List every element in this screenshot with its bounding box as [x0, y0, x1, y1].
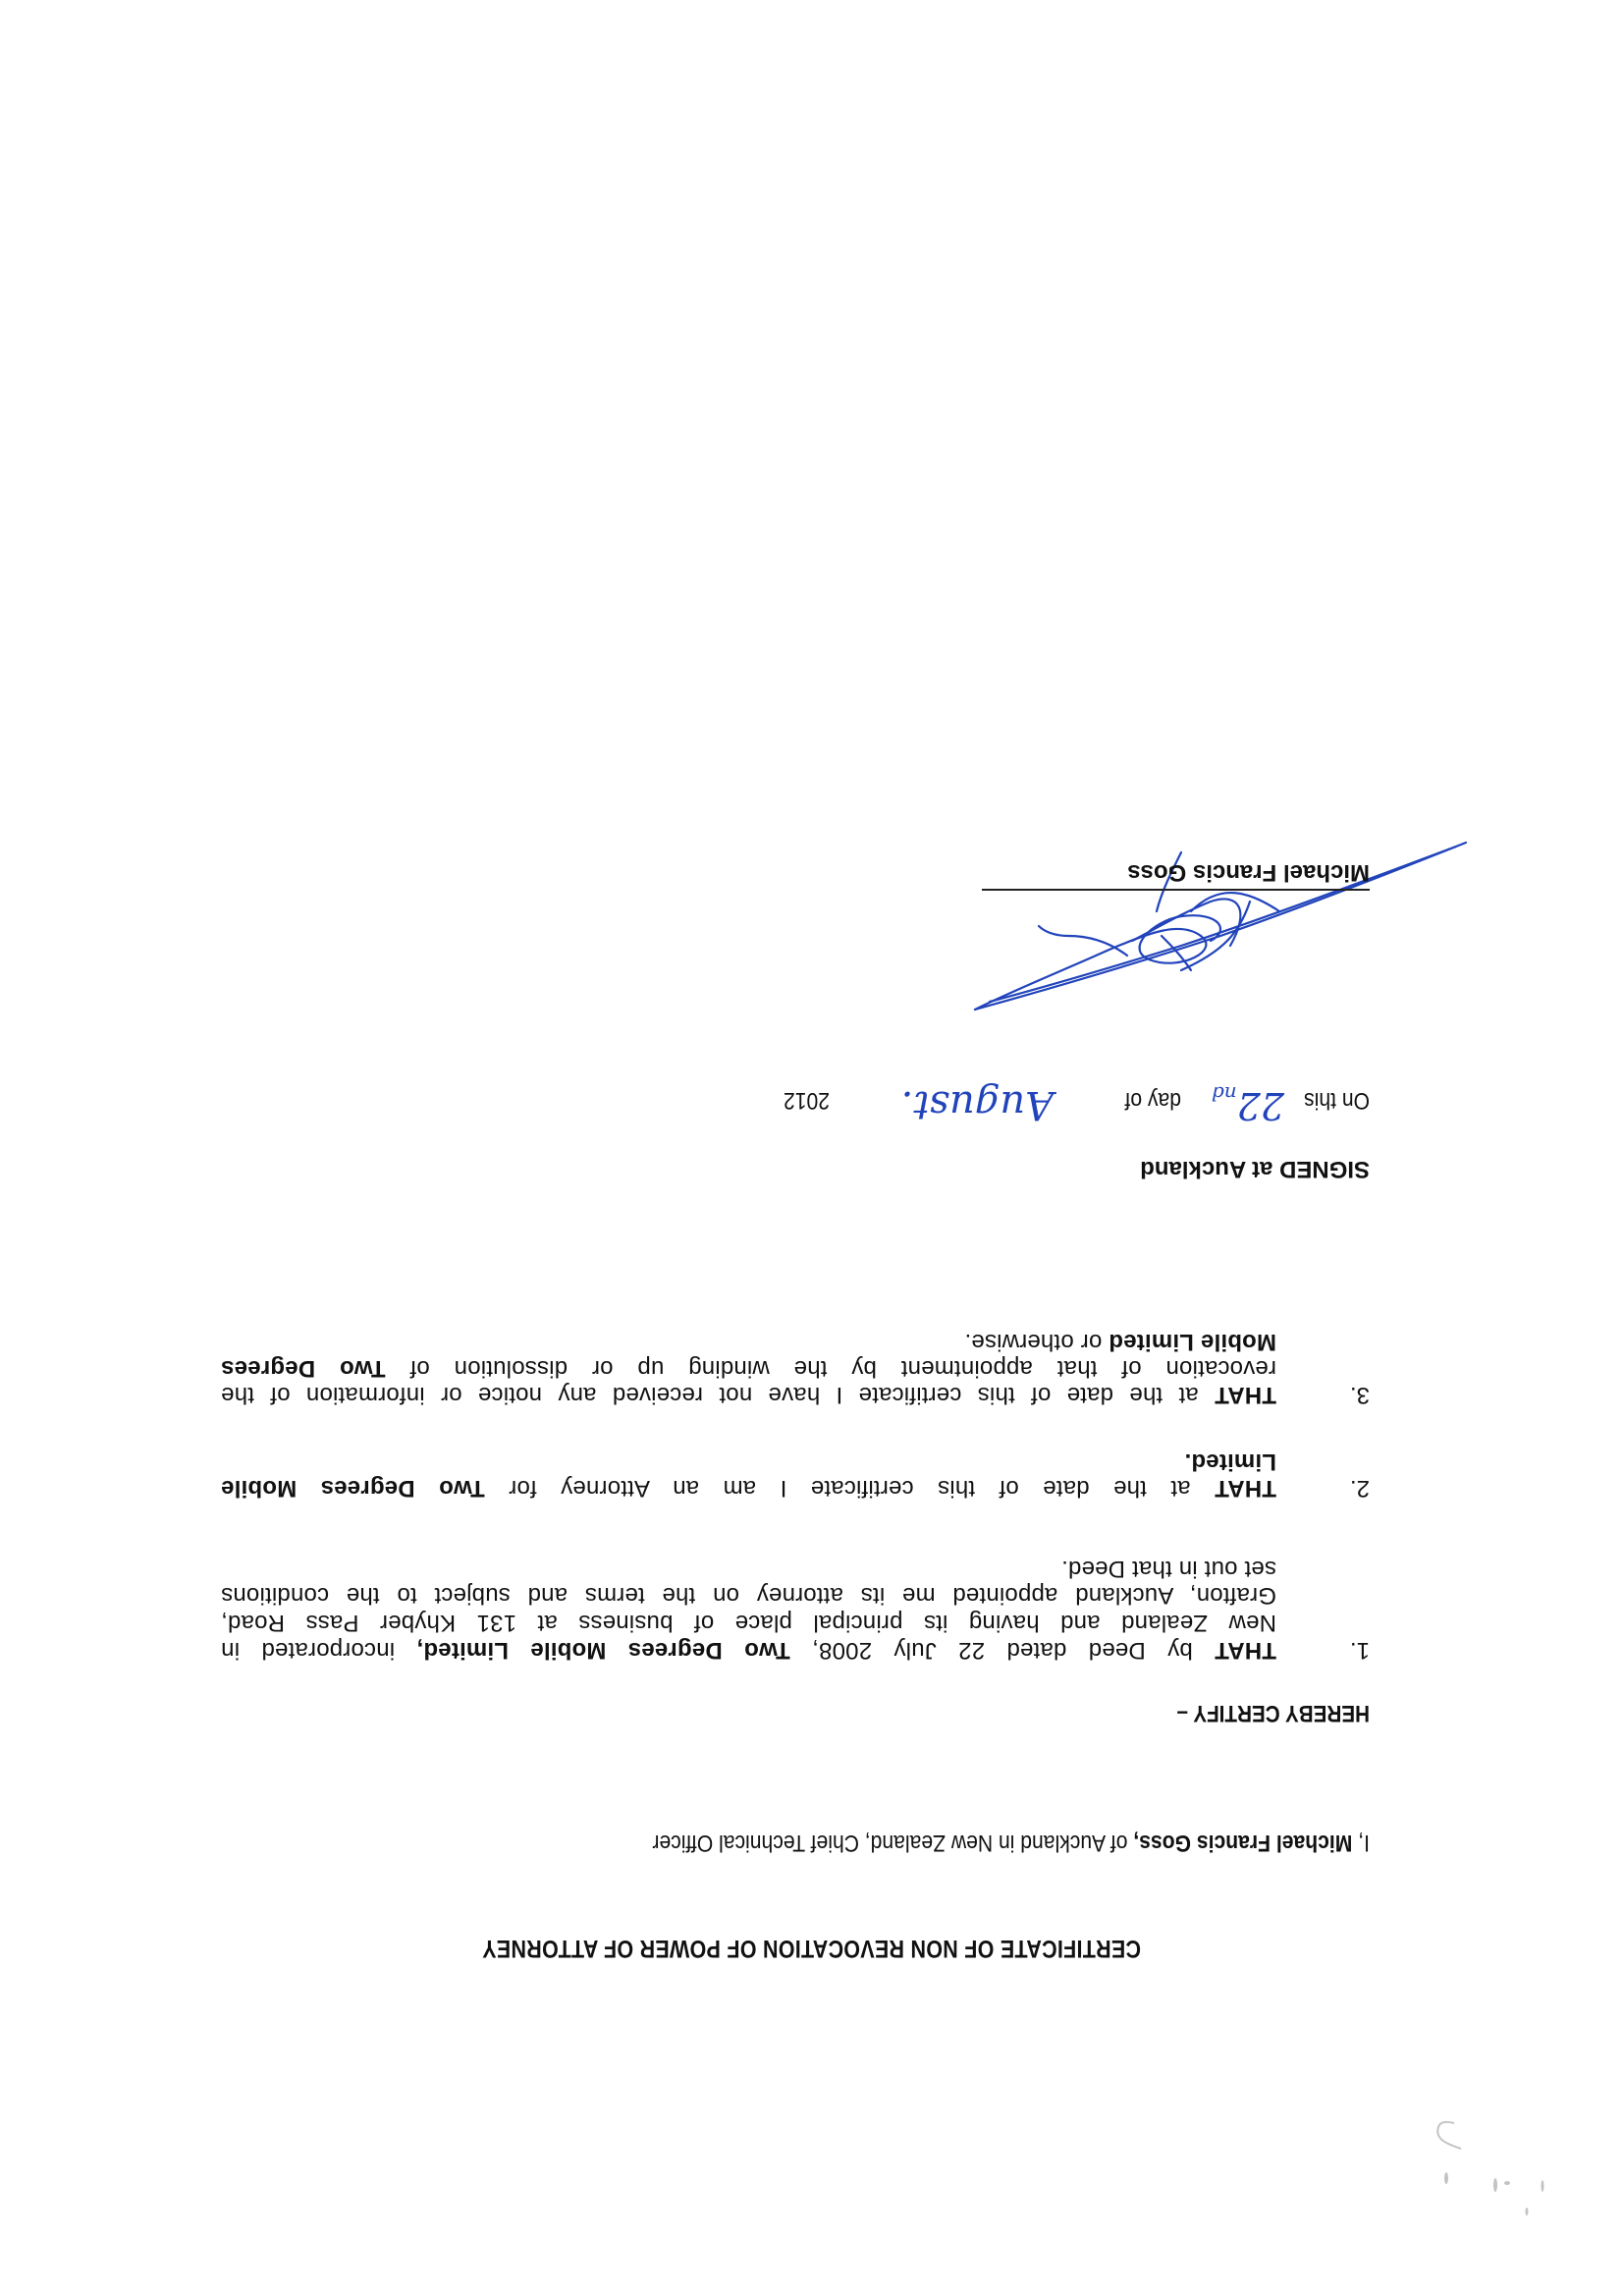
intro-rest: of Auckland in New Zealand, Chief Techni…	[652, 1830, 1133, 1856]
paragraph-line: Mobile Limited or otherwise.	[221, 1328, 1276, 1355]
scan-artifact-icon	[1397, 2100, 1594, 2237]
text: or otherwise.	[964, 1329, 1109, 1355]
bold-text: Two Degrees Mobile Limited,	[416, 1637, 789, 1664]
intro-statement: I, Michael Francis Goss, of Auckland in …	[652, 1829, 1370, 1856]
text: revocation of that appointment by the wi…	[386, 1355, 1276, 1382]
text: at the date of this certificate I am an …	[485, 1475, 1215, 1502]
text: at the date of this certificate I have n…	[221, 1382, 1215, 1408]
bold-text: THAT	[1215, 1637, 1276, 1664]
text: incorporated in	[221, 1637, 416, 1664]
bold-text: THAT	[1215, 1475, 1276, 1502]
handwritten-month: August.	[901, 1082, 1054, 1127]
paragraph-line: revocation of that appointment by the wi…	[221, 1354, 1276, 1382]
handwritten-day-number: 22	[1237, 1084, 1284, 1127]
paragraph-line: set out in that Deed.	[221, 1555, 1276, 1582]
document-title: CERTIFICATE OF NON REVOCATION OF POWER O…	[114, 1934, 1510, 1962]
paragraph-number: 3.	[1350, 1381, 1370, 1408]
signatory-name: Michael Francis Goss	[1127, 858, 1370, 886]
on-this-label: On this	[1304, 1086, 1370, 1114]
paragraph-line: THAT by Deed dated 22 July 2008, Two Deg…	[221, 1636, 1276, 1664]
bold-text: THAT	[1215, 1382, 1276, 1408]
document-page: CERTIFICATE OF NON REVOCATION OF POWER O…	[0, 0, 1623, 2296]
bold-text: Mobile Limited	[1109, 1329, 1276, 1355]
bold-text: Limited.	[1184, 1449, 1276, 1475]
signing-year: 2012	[784, 1086, 830, 1114]
signature-line	[982, 889, 1370, 891]
handwritten-day: 22nd	[1212, 1082, 1284, 1127]
certify-heading: HEREBY CERTIFY –	[1176, 1699, 1370, 1726]
day-of-label: day of	[1124, 1086, 1181, 1114]
paragraph-line: THAT at the date of this certificate I a…	[221, 1474, 1276, 1502]
intro-comma: ,	[1133, 1830, 1139, 1856]
paragraph-line: Grafton, Auckland appointed me its attor…	[221, 1581, 1276, 1609]
paragraph-line: New Zealand and having its principal pla…	[221, 1609, 1276, 1636]
bold-text: Two Degrees Mobile	[221, 1475, 485, 1502]
paragraph-line: THAT at the date of this certificate I h…	[221, 1381, 1276, 1408]
text: Grafton, Auckland appointed me its attor…	[221, 1582, 1276, 1609]
paragraph-line: Limited.	[221, 1448, 1276, 1475]
text: set out in that Deed.	[1061, 1556, 1276, 1582]
handwritten-day-suffix: nd	[1212, 1082, 1237, 1106]
declarant-name: Michael Francis Goss	[1139, 1830, 1352, 1856]
text: by Deed dated 22 July 2008,	[790, 1637, 1215, 1664]
bold-text: Two Degrees	[221, 1355, 386, 1382]
intro-prefix: I,	[1352, 1830, 1370, 1856]
paragraph-number: 2.	[1350, 1474, 1370, 1502]
paragraph-number: 1.	[1350, 1636, 1370, 1664]
signed-at-heading: SIGNED at Auckland	[1140, 1155, 1370, 1182]
text: New Zealand and having its principal pla…	[221, 1610, 1276, 1636]
